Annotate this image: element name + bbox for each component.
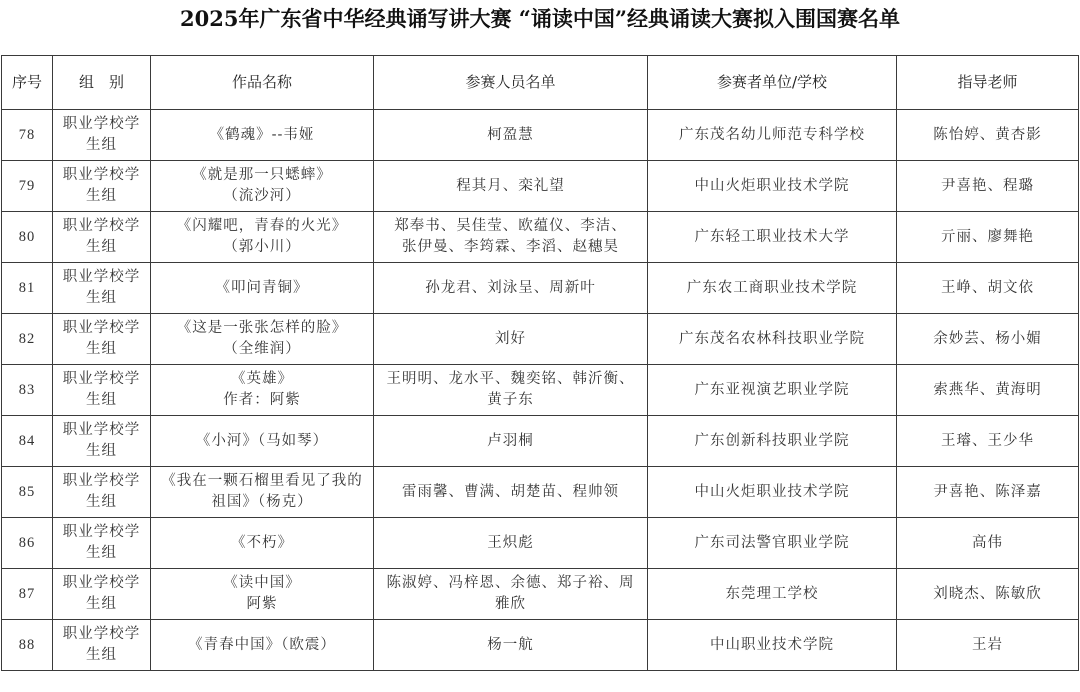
column-header-unit: 参赛者单位/学校 — [648, 56, 897, 110]
table-body: 78职业学校学生组《鹤魂》--韦娅柯盈慧广东茂名幼儿师范专科学校陈怡婷、黄杏影7… — [2, 110, 1079, 671]
unit-cell: 广东茂名幼儿师范专科学校 — [648, 110, 897, 161]
row-number: 84 — [2, 416, 53, 467]
work-title-cell: 《小河》（马如琴） — [151, 416, 374, 467]
unit-cell: 广东轻工职业技术大学 — [648, 212, 897, 263]
group-cell: 职业学校学生组 — [53, 365, 151, 416]
table-row: 88职业学校学生组《青春中国》（欧震）杨一航中山职业技术学院王岩 — [2, 620, 1079, 671]
teachers-cell: 索燕华、黄海明 — [897, 365, 1079, 416]
work-title-cell-line: 《读中国》 — [155, 573, 369, 594]
work-title-cell-line: 《闪耀吧，青春的火光》 — [155, 216, 369, 237]
table-row: 84职业学校学生组《小河》（马如琴）卢羽桐广东创新科技职业学院王璿、王少华 — [2, 416, 1079, 467]
group-cell-line: 生组 — [57, 492, 146, 513]
teachers-cell: 高伟 — [897, 518, 1079, 569]
group-cell-line: 生组 — [57, 645, 146, 666]
work-title-cell-line: 阿紫 — [155, 594, 369, 615]
column-header-teachers: 指导老师 — [897, 56, 1079, 110]
participants-cell: 郑奉书、吴佳莹、欧蕴仪、李洁、张伊曼、李筠霖、李滔、赵穗昊 — [374, 212, 648, 263]
participants-cell-line: 雅欣 — [378, 594, 643, 615]
work-title-cell-line: （全维润） — [155, 339, 369, 360]
participants-cell: 王炽彪 — [374, 518, 648, 569]
group-cell: 职业学校学生组 — [53, 263, 151, 314]
participants-cell: 王明明、龙水平、魏奕铭、韩沂衡、黄子东 — [374, 365, 648, 416]
group-cell: 职业学校学生组 — [53, 569, 151, 620]
row-number: 79 — [2, 161, 53, 212]
participants-cell: 柯盈慧 — [374, 110, 648, 161]
table-row: 87职业学校学生组《读中国》阿紫陈淑婷、冯梓恩、余德、郑子裕、周雅欣东莞理工学校… — [2, 569, 1079, 620]
table-row: 78职业学校学生组《鹤魂》--韦娅柯盈慧广东茂名幼儿师范专科学校陈怡婷、黄杏影 — [2, 110, 1079, 161]
work-title-cell-line: 作者：阿紫 — [155, 390, 369, 411]
teachers-cell: 尹喜艳、陈泽嘉 — [897, 467, 1079, 518]
unit-cell: 广东亚视演艺职业学院 — [648, 365, 897, 416]
work-title-cell: 《鹤魂》--韦娅 — [151, 110, 374, 161]
participants-cell-line: 刘好 — [378, 329, 643, 350]
participants-cell: 杨一航 — [374, 620, 648, 671]
unit-cell: 广东农工商职业技术学院 — [648, 263, 897, 314]
document-title: 2025年广东省中华经典诵写讲大赛 “诵读中国”经典诵读大赛拟入围国赛名单 — [0, 0, 1080, 38]
column-header-group: 组 别 — [53, 56, 151, 110]
unit-cell: 广东创新科技职业学院 — [648, 416, 897, 467]
group-cell-line: 职业学校学 — [57, 420, 146, 441]
finalist-table: 序号 组 别 作品名称 参赛人员名单 参赛者单位/学校 指导老师 78职业学校学… — [1, 55, 1079, 671]
table-row: 85职业学校学生组《我在一颗石榴里看见了我的祖国》（杨克）雷雨馨、曹满、胡楚苗、… — [2, 467, 1079, 518]
column-header-participants: 参赛人员名单 — [374, 56, 648, 110]
participants-cell: 程其月、栾礼望 — [374, 161, 648, 212]
group-cell-line: 职业学校学 — [57, 471, 146, 492]
participants-cell-line: 雷雨馨、曹满、胡楚苗、程帅领 — [378, 482, 643, 503]
group-cell-line: 生组 — [57, 339, 146, 360]
table-header-row: 序号 组 别 作品名称 参赛人员名单 参赛者单位/学校 指导老师 — [2, 56, 1079, 110]
participants-cell-line: 张伊曼、李筠霖、李滔、赵穗昊 — [378, 237, 643, 258]
group-cell: 职业学校学生组 — [53, 467, 151, 518]
work-title-cell-line: 《英雄》 — [155, 369, 369, 390]
group-cell: 职业学校学生组 — [53, 416, 151, 467]
participants-cell: 陈淑婷、冯梓恩、余德、郑子裕、周雅欣 — [374, 569, 648, 620]
participants-cell: 刘好 — [374, 314, 648, 365]
row-number: 88 — [2, 620, 53, 671]
teachers-cell: 王峥、胡文依 — [897, 263, 1079, 314]
work-title-cell: 《不朽》 — [151, 518, 374, 569]
table-row: 86职业学校学生组《不朽》王炽彪广东司法警官职业学院高伟 — [2, 518, 1079, 569]
teachers-cell: 余妙芸、杨小媚 — [897, 314, 1079, 365]
work-title-cell-line: 《叩问青铜》 — [155, 278, 369, 299]
unit-cell: 中山职业技术学院 — [648, 620, 897, 671]
group-cell-line: 职业学校学 — [57, 267, 146, 288]
group-cell-line: 生组 — [57, 237, 146, 258]
work-title-cell-line: 《就是那一只蟋蟀》 — [155, 165, 369, 186]
teachers-cell: 王璿、王少华 — [897, 416, 1079, 467]
group-cell-line: 职业学校学 — [57, 318, 146, 339]
work-title-cell: 《青春中国》（欧震） — [151, 620, 374, 671]
group-cell-line: 职业学校学 — [57, 369, 146, 390]
unit-cell: 广东茂名农林科技职业学院 — [648, 314, 897, 365]
participants-cell-line: 黄子东 — [378, 390, 643, 411]
work-title-cell: 《闪耀吧，青春的火光》（郭小川） — [151, 212, 374, 263]
work-title-cell: 《叩问青铜》 — [151, 263, 374, 314]
group-cell-line: 职业学校学 — [57, 165, 146, 186]
table-row: 82职业学校学生组《这是一张张怎样的脸》（全维润）刘好广东茂名农林科技职业学院余… — [2, 314, 1079, 365]
work-title-cell: 《这是一张张怎样的脸》（全维润） — [151, 314, 374, 365]
unit-cell: 广东司法警官职业学院 — [648, 518, 897, 569]
unit-cell: 东莞理工学校 — [648, 569, 897, 620]
work-title-cell: 《读中国》阿紫 — [151, 569, 374, 620]
table-row: 80职业学校学生组《闪耀吧，青春的火光》（郭小川）郑奉书、吴佳莹、欧蕴仪、李洁、… — [2, 212, 1079, 263]
group-cell-line: 职业学校学 — [57, 522, 146, 543]
work-title-cell-line: 《青春中国》（欧震） — [155, 635, 369, 656]
group-cell: 职业学校学生组 — [53, 161, 151, 212]
group-cell-line: 生组 — [57, 288, 146, 309]
unit-cell: 中山火炬职业技术学院 — [648, 467, 897, 518]
participants-cell-line: 孙龙君、刘泳呈、周新叶 — [378, 278, 643, 299]
row-number: 82 — [2, 314, 53, 365]
participants-cell: 孙龙君、刘泳呈、周新叶 — [374, 263, 648, 314]
work-title-cell-line: 祖国》（杨克） — [155, 492, 369, 513]
teachers-cell: 刘晓杰、陈敏欣 — [897, 569, 1079, 620]
column-header-work: 作品名称 — [151, 56, 374, 110]
unit-cell: 中山火炬职业技术学院 — [648, 161, 897, 212]
group-cell-line: 生组 — [57, 390, 146, 411]
group-cell: 职业学校学生组 — [53, 314, 151, 365]
row-number: 86 — [2, 518, 53, 569]
row-number: 85 — [2, 467, 53, 518]
group-cell: 职业学校学生组 — [53, 518, 151, 569]
work-title-cell: 《就是那一只蟋蟀》（流沙河） — [151, 161, 374, 212]
group-cell: 职业学校学生组 — [53, 212, 151, 263]
work-title-cell-line: 《鹤魂》--韦娅 — [155, 125, 369, 146]
group-cell-line: 生组 — [57, 441, 146, 462]
participants-cell-line: 郑奉书、吴佳莹、欧蕴仪、李洁、 — [378, 216, 643, 237]
group-cell-line: 生组 — [57, 543, 146, 564]
teachers-cell: 陈怡婷、黄杏影 — [897, 110, 1079, 161]
teachers-cell: 尹喜艳、程璐 — [897, 161, 1079, 212]
group-cell-line: 生组 — [57, 186, 146, 207]
table-row: 79职业学校学生组《就是那一只蟋蟀》（流沙河）程其月、栾礼望中山火炬职业技术学院… — [2, 161, 1079, 212]
work-title-cell: 《我在一颗石榴里看见了我的祖国》（杨克） — [151, 467, 374, 518]
row-number: 78 — [2, 110, 53, 161]
work-title-cell-line: 《小河》（马如琴） — [155, 431, 369, 452]
participants-cell-line: 陈淑婷、冯梓恩、余德、郑子裕、周 — [378, 573, 643, 594]
table-row: 83职业学校学生组《英雄》作者：阿紫王明明、龙水平、魏奕铭、韩沂衡、黄子东广东亚… — [2, 365, 1079, 416]
group-cell-line: 职业学校学 — [57, 216, 146, 237]
participants-cell-line: 柯盈慧 — [378, 125, 643, 146]
group-cell-line: 生组 — [57, 594, 146, 615]
group-cell-line: 生组 — [57, 135, 146, 156]
group-cell-line: 职业学校学 — [57, 114, 146, 135]
group-cell-line: 职业学校学 — [57, 624, 146, 645]
participants-cell-line: 王明明、龙水平、魏奕铭、韩沂衡、 — [378, 369, 643, 390]
row-number: 87 — [2, 569, 53, 620]
work-title-cell: 《英雄》作者：阿紫 — [151, 365, 374, 416]
work-title-cell-line: 《我在一颗石榴里看见了我的 — [155, 471, 369, 492]
work-title-cell-line: 《不朽》 — [155, 533, 369, 554]
work-title-cell-line: （郭小川） — [155, 237, 369, 258]
row-number: 83 — [2, 365, 53, 416]
group-cell: 职业学校学生组 — [53, 620, 151, 671]
teachers-cell: 亓丽、廖舞艳 — [897, 212, 1079, 263]
table-row: 81职业学校学生组《叩问青铜》孙龙君、刘泳呈、周新叶广东农工商职业技术学院王峥、… — [2, 263, 1079, 314]
work-title-cell-line: （流沙河） — [155, 186, 369, 207]
participants-cell-line: 杨一航 — [378, 635, 643, 656]
participants-cell-line: 王炽彪 — [378, 533, 643, 554]
participants-cell: 雷雨馨、曹满、胡楚苗、程帅领 — [374, 467, 648, 518]
group-cell: 职业学校学生组 — [53, 110, 151, 161]
row-number: 81 — [2, 263, 53, 314]
column-header-number: 序号 — [2, 56, 53, 110]
row-number: 80 — [2, 212, 53, 263]
group-cell-line: 职业学校学 — [57, 573, 146, 594]
teachers-cell: 王岩 — [897, 620, 1079, 671]
work-title-cell-line: 《这是一张张怎样的脸》 — [155, 318, 369, 339]
participants-cell-line: 程其月、栾礼望 — [378, 176, 643, 197]
participants-cell: 卢羽桐 — [374, 416, 648, 467]
participants-cell-line: 卢羽桐 — [378, 431, 643, 452]
